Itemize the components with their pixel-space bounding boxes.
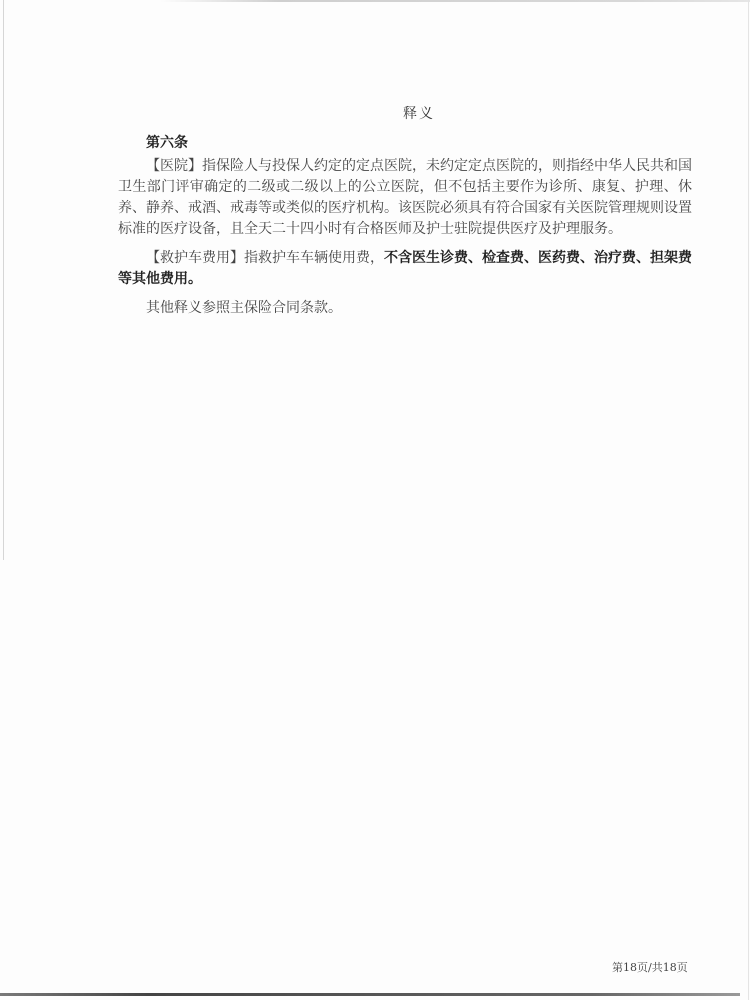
definition-ambulance: 【救护车费用】指救护车车辆使用费，不含医生诊费、检查费、医药费、治疗费、担架费等… — [118, 248, 692, 290]
scan-edge-top — [160, 0, 750, 2]
definition-hospital: 【医院】指保险人与投保人约定的定点医院，未约定定点医院的，则指经中华人民共和国卫… — [118, 156, 692, 240]
page-indicator: 第18页/共18页 — [612, 959, 688, 975]
section-title: 释义 — [118, 104, 692, 125]
scan-edge-left — [3, 0, 4, 560]
document-body: 释义 第六条 【医院】指保险人与投保人约定的定点医院，未约定定点医院的，则指经中… — [118, 104, 692, 327]
scan-edge-bottom — [0, 993, 740, 996]
scan-edge-right — [748, 0, 749, 1000]
definition-ambulance-text: 指救护车车辆使用费， — [244, 250, 384, 266]
other-definitions-note: 其他释义参照主保险合同条款。 — [118, 298, 692, 319]
other-definitions-text: 其他释义参照主保险合同条款。 — [146, 300, 342, 316]
term-ambulance: 【救护车费用】 — [146, 250, 244, 266]
definition-hospital-text: 指保险人与投保人约定的定点医院，未约定定点医院的，则指经中华人民共和国卫生部门评… — [118, 158, 692, 237]
term-hospital: 【医院】 — [146, 158, 202, 174]
article-heading: 第六条 — [146, 133, 692, 154]
